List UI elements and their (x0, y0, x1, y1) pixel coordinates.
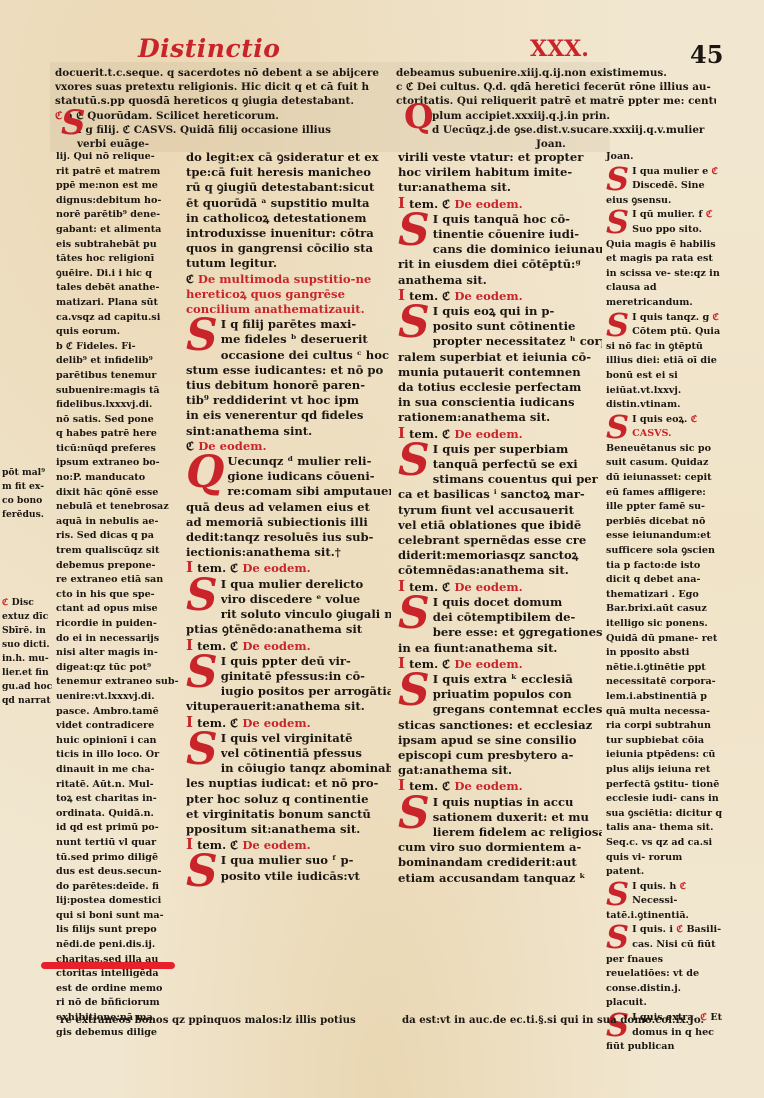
lemma-text: I qua mulier (632, 166, 702, 177)
text-line: posito sunt cōtinentie (433, 319, 602, 334)
text-line: do parētes:deīde. fi (56, 880, 182, 895)
item-label: I (398, 424, 405, 442)
text-line: I quis eoꝝ qui in p- (433, 304, 602, 319)
item-rubric: I tem. ℭ De eodem. (398, 579, 602, 595)
text-line: ipsum extraneo bo- (56, 456, 182, 471)
text-line: ctoritas intelligēda (56, 967, 182, 982)
text-line: sticas sanctiones: et ecclesiaz (398, 718, 602, 733)
text-line: gregans contemnat ecclesia- (433, 702, 602, 717)
text-line: in ea fiunt:anathema sit. (398, 641, 602, 656)
gloss-lemma: SI qū mulier. f ℭ Suo ppo sito. Quia mag… (606, 208, 723, 310)
initial-S-icon: S (61, 116, 86, 130)
text-line: est de ordine memo (56, 982, 182, 997)
text-line: nō satis. Sed pone (56, 413, 182, 428)
initial-S-icon: S (186, 577, 218, 615)
text-line: tū.sed primo diligē (56, 851, 182, 866)
text-line: digeat:qz tūc pot⁹ (56, 661, 182, 676)
pilcrow-icon: ℭ (230, 716, 242, 730)
text-line: lij. Qui nō relique- (56, 150, 182, 165)
canon: SI quis ppter deū vir-ginitatē pfessus:i… (186, 654, 391, 715)
note-mark: f (698, 209, 705, 220)
gloss-line: vxores suas pretextu religionis. Hic dic… (55, 80, 395, 94)
gloss-lemma: SI quis tanqz. g ℭ Cōtem ptū. Quia si nō… (606, 311, 723, 413)
initial-S-icon: S (398, 212, 430, 250)
item-label: I (398, 776, 405, 794)
pilcrow-icon: ℭ (676, 924, 686, 935)
running-title-right: XXX. (530, 36, 589, 62)
rubric-text: De eodem. (454, 657, 522, 671)
text-line: ēt quorūdā ᵃ supstitio multa (186, 196, 391, 211)
canon: QUecunqz ᵈ mulier reli-gione iudicans cō… (186, 454, 391, 560)
text-line: ticis in illo loco. Or (56, 748, 182, 763)
initial-S-icon: S (186, 731, 218, 769)
pilcrow-icon: ℭ (442, 657, 454, 671)
text-line: iugio positos per arrogātiaz (221, 684, 391, 699)
gloss-text: Joan. (606, 150, 723, 165)
item-rubric: I tem. ℭ De eodem. (398, 656, 602, 672)
top-gloss-right: debeamus subuenire.xiij.q.ij.non existim… (396, 66, 716, 151)
initial-S-icon: S (398, 442, 430, 480)
note-mark: g (702, 312, 712, 323)
text-line: etiam accusandam tanquaz ᵏ (398, 871, 602, 886)
text-line: id qd est primū po- (56, 821, 182, 836)
text-line: in cōiugio tanqz abominabi- (221, 761, 391, 776)
text-line: do ei in necessarijs (56, 632, 182, 647)
pilcrow-icon: ℭ (680, 881, 686, 892)
red-annotation-line (41, 962, 175, 969)
text-line: videt contradicere (56, 719, 182, 734)
initial-S-icon: S (398, 304, 430, 342)
text-line: matizari. Plana sūt (56, 296, 182, 311)
text-line: uenire:vt.lxxxvj.di. (56, 690, 182, 705)
text-line: lij:postea domestici (56, 894, 182, 909)
pilcrow-icon: ℭ (442, 197, 454, 211)
text-line: pasce. Ambro.tamē (56, 705, 182, 720)
pilcrow-icon: ℭ (442, 580, 454, 594)
margin-text: Disc (12, 597, 34, 608)
text-line: in sua conscientia iudicans (398, 395, 602, 410)
item-label-rest: tem. (405, 779, 442, 793)
text-line: extuz dīc (2, 610, 57, 624)
gloss-line: d Uecūqz.j.de ꝯse.dist.v.sucare.xxxiij.q… (396, 123, 716, 137)
text-line: introduxisse inuenitur: cōtra (186, 226, 391, 241)
text-line: aquā in nebulis ae- (56, 515, 182, 530)
canon: SI qua mulier suo ᶠ p-posito vtile iudic… (186, 853, 391, 891)
text-line: celebrant spernēdas esse cre (398, 533, 602, 548)
item-label-rest: tem. (405, 427, 442, 441)
text-line: eis subtrahebāt pu (56, 238, 182, 253)
text-line: ri nō de bñficiorum (56, 996, 182, 1011)
rubric-text: De eodem. (242, 561, 310, 575)
initial-S-icon: S (606, 208, 629, 236)
text-line: dignus:debitum ho- (56, 194, 182, 209)
text-line: rit in eiusdem diei cōtēptū:ᵍ (398, 257, 602, 272)
text-line: et virginitatis bonum sanctū (186, 807, 391, 822)
canon: SI quis eoꝝ qui in p-posito sunt cōtinen… (398, 304, 602, 426)
text-line: ca et basilicas ⁱ sanctoꝝ mar- (398, 487, 602, 502)
initial-Q-icon: Q (186, 454, 224, 492)
text-line: I quis vel virginitatē (221, 731, 391, 746)
canon: SI quis nuptias in accusationem duxerit:… (398, 795, 602, 886)
text-line: lierem fidelem ac religiosam (433, 825, 602, 840)
text-line: ralem superbiat et ieiunia cō- (398, 350, 602, 365)
text-line: gabant: et alimenta (56, 223, 182, 238)
text-line: iectionis:anathema sit.† (186, 545, 391, 560)
initial-S-icon: S (186, 853, 218, 891)
item-label: I (398, 654, 405, 672)
text-line: sint:anathema sint. (186, 424, 391, 439)
text-line: priuatim populos con (433, 687, 602, 702)
text-line: in.h. mu- (2, 652, 57, 666)
text-line: dei cōtemptibilem de- (433, 610, 602, 625)
text-line: nisi alter magis in- (56, 646, 182, 661)
pilcrow-icon: ℭ (2, 597, 12, 608)
text-line: ca.vsqz ad capitu.si (56, 311, 182, 326)
note-mark: e (702, 166, 711, 177)
text-line: cōtemnēdas:anathema sit. (398, 563, 602, 578)
text-line: do legit:ex cā ꝯsideratur et ex (186, 150, 391, 165)
text-line: rit soluto vinculo ꝯiugali nu- (221, 607, 391, 622)
text-line: tpe:cā fuit heresis manicheo (186, 165, 391, 180)
text-line: tius debitum honorē paren- (186, 378, 391, 393)
text-line: anathema sit. (398, 273, 602, 288)
item-label: I (398, 194, 405, 212)
gloss-line: statutū.s.pp quosdā hereticos q ꝯiugia d… (55, 94, 395, 108)
text-line: ricordie in puiden- (56, 617, 182, 632)
item-label-rest: tem. (193, 838, 230, 852)
note-mark: h (669, 881, 679, 892)
text-line: nēdi.de peni.dis.ij. (56, 938, 182, 953)
text-line: b ℭ Fideles. Fi- (56, 340, 182, 355)
folio-number: 45 (690, 40, 723, 69)
item-label: I (186, 636, 193, 654)
top-gloss-left: docuerit.t.c.seque. q sacerdotes nō debe… (55, 66, 395, 151)
text-line: Uecunqz ᵈ mulier reli- (227, 454, 391, 469)
gloss-right-column: Joan.SI qua mulier e ℭ Discedē. Sine eiu… (606, 150, 723, 1055)
text-line: vel cōtinentiā pfessus (221, 746, 391, 761)
item-rubric: I tem. ℭ De eodem. (186, 837, 391, 853)
pilcrow-icon: ℭ (691, 414, 697, 425)
text-line: norē parētib⁹ dene- (56, 208, 182, 223)
item-rubric: I tem. ℭ De eodem. (398, 196, 602, 212)
rubric-text: De eodem. (454, 580, 522, 594)
initial-S-icon: S (606, 880, 629, 908)
text-line: rationem:anathema sit. (398, 410, 602, 425)
text-line: cans die dominico ieiunaue- (433, 242, 602, 257)
item-rubric: I tem. ℭ De eodem. (398, 288, 602, 304)
text-line: bere esse: et ꝯgregationes que (433, 625, 602, 640)
text-line: trem qualiscūqz sit (56, 544, 182, 559)
rubric-text: De eodem. (454, 779, 522, 793)
item-rubric: I tem. ℭ De eodem. (186, 715, 391, 731)
item-label-rest: tem. (405, 197, 442, 211)
item-rubric: I tem. ℭ De eodem. (398, 426, 602, 442)
rubric: ℭ De multimoda supstitio-ne hereticoꝝ qu… (186, 272, 391, 318)
text-line: tib⁹ reddiderint vt hoc ipm (186, 393, 391, 408)
margin-note: pōt mal⁹m fit ex-co bonoferēdus. (2, 466, 57, 522)
initial-S-icon: S (398, 672, 430, 710)
text-line: nebulā et tenebrosaz (56, 500, 182, 515)
initial-S-icon: S (606, 923, 629, 951)
text-line: tutum legitur. (186, 256, 391, 271)
gloss-line: ℭ a ℭ Quorūdam. Scilicet hereticorum. (55, 109, 395, 123)
text-line: les nuptias iudicat: et nō pro- (186, 776, 391, 791)
item-label: I (186, 558, 193, 576)
text-line: tenemur extraneo sub- (56, 675, 182, 690)
text-line: ppē me:non est me (56, 179, 182, 194)
canon: SI quis extra ᵏ ecclesiāpriuatim populos… (398, 672, 602, 778)
item-label-rest: tem. (405, 657, 442, 671)
text-line: toꝝ est charitas in- (56, 792, 182, 807)
lemma-text: I quis. (632, 881, 669, 892)
text-line: in eis venerentur qd fideles (186, 408, 391, 423)
text-line: I q filij parētes maxi- (221, 317, 391, 332)
lemma-text: I qū mulier. (632, 209, 698, 220)
manuscript-page: Distinctio XXX. 45 docuerit.t.c.seque. q… (0, 0, 764, 1098)
text-line: occasione dei cultus ᶜ hoc iu (221, 348, 391, 363)
text-line: quos in gangrensi cōcilio sta (186, 241, 391, 256)
text-line: m fit ex- (2, 480, 57, 494)
text-line: parētibus tenemur (56, 369, 182, 384)
text-line: ordinata. Quidā.n. (56, 807, 182, 822)
text-line: Sbīrē. in (2, 624, 57, 638)
text-line: rit patrē et matrem (56, 165, 182, 180)
item-label: I (186, 713, 193, 731)
rubric-text: De eodem. (454, 289, 522, 303)
text-line: quis eorum. (56, 325, 182, 340)
rubric-text: De eodem. (454, 197, 522, 211)
item-label: I (398, 577, 405, 595)
text-line: I quis extra ᵏ ecclesiā (433, 672, 602, 687)
text-line: debemus prepone- (56, 559, 182, 574)
bottom-line-right: da est:vt in auc.de ec.ti.§.si qui in su… (402, 1014, 704, 1026)
pilcrow-icon: ℭ (712, 166, 718, 177)
text-line: ꝯuēire. Di.i i hic q (56, 267, 182, 282)
text-line: no:P. manducato (56, 471, 182, 486)
canon: SI quis docet domumdei cōtemptibilem de-… (398, 595, 602, 656)
item-label-rest: tem. (405, 289, 442, 303)
text-line: in catholicoꝝ detestationem (186, 211, 391, 226)
pilcrow-icon: ℭ (442, 427, 454, 441)
text-line: ferēdus. (2, 508, 57, 522)
running-title-left: Distinctio (138, 34, 280, 63)
item-label: I (398, 286, 405, 304)
pilcrow-icon: ℭ (230, 838, 242, 852)
text-line: hoc virilem habitum imite- (398, 165, 602, 180)
gloss-left-column: lij. Qui nō relique-rit patrē et matremp… (56, 150, 182, 1040)
initial-S-icon: S (606, 165, 629, 193)
text-line: gat:anathema sit. (398, 763, 602, 778)
canon: SI quis vel virginitatēvel cōtinentiā pf… (186, 731, 391, 837)
pilcrow-icon: ℭ (186, 272, 198, 286)
text-line: cto in his que spe- (56, 588, 182, 603)
text-line: huic opinionī i can (56, 734, 182, 749)
initial-S-icon: S (398, 795, 430, 833)
text-line: stimans couentus qui per lo (433, 472, 602, 487)
text-line: I qua mulier derelicto (221, 577, 391, 592)
text-line: delib⁹ et infidelib⁹ (56, 354, 182, 369)
initial-S-icon: S (606, 413, 629, 441)
text-line: gione iudicans cōueni- (227, 469, 391, 484)
canon: SI q filij parētes maxi-me fideles ᵇ des… (186, 317, 391, 439)
initial-Q-icon: Q (404, 110, 434, 124)
canon: SI quis per superbiamtanquā perfectū se … (398, 442, 602, 579)
text-line: tyrum fiunt vel accusauerit (398, 503, 602, 518)
text-line: episcopi cum presbytero a- (398, 748, 602, 763)
text-line: pter hoc soluz q continentie (186, 792, 391, 807)
lemma-text: I quis. (632, 924, 669, 935)
pilcrow-icon: ℭ (713, 312, 719, 323)
gloss-lemma: SI quis eoꝝ. ℭ CASVS. (606, 413, 723, 442)
text-line: virili veste vtatur: et propter (398, 150, 602, 165)
pilcrow-icon: ℭ (442, 289, 454, 303)
item-label-rest: tem. (193, 561, 230, 575)
item-label-rest: tem. (193, 716, 230, 730)
text-line: tales debēt anathe- (56, 281, 182, 296)
pilcrow-icon: ℭ (706, 209, 713, 220)
text-line: viro discedere ᵉ volue (221, 592, 391, 607)
text-line: q habes patrē here (56, 427, 182, 442)
initial-S-icon: S (186, 317, 218, 355)
text-line: qd narrat (2, 694, 57, 708)
text-line: vel etiā oblationes que ibidē (398, 518, 602, 533)
gloss-line: c ℭ Dei cultus. Q.d. qdā heretici fecerū… (396, 80, 716, 94)
text-line: ticū:nūqd preferes (56, 442, 182, 457)
initial-S-icon: S (606, 311, 629, 339)
lemma-text: I quis eoꝝ. (632, 414, 691, 425)
text-line: ptias ꝯtēnēdo:anathema sit (186, 622, 391, 637)
text-line: re extraneo etiā san (56, 573, 182, 588)
gloss-line: debeamus subuenire.xiij.q.ij.non existim… (396, 66, 716, 80)
text-line: tur:anathema sit. (398, 180, 602, 195)
gloss-line: ctoritatis. Qui reliquerit patrē et matr… (396, 94, 716, 108)
canon: SI quis tanquā hoc cō-tinentie cōuenire … (398, 212, 602, 288)
rubric: ℭ De eodem. (186, 439, 391, 454)
text-line: co bono (2, 494, 57, 508)
text-line: re:comam sibi amputauerit: (227, 484, 391, 499)
gloss-text: CASVS. (632, 428, 671, 439)
item-label: I (186, 835, 193, 853)
text-line: vituperauerit:anathema sit. (186, 699, 391, 714)
item-rubric: I tem. ℭ De eodem. (398, 778, 602, 794)
text-line: ris. Sed dicas q pa (56, 529, 182, 544)
item-rubric: I tem. ℭ De eodem. (186, 560, 391, 576)
text-line: ginitatē pfessus:in cō- (221, 669, 391, 684)
item-rubric: I tem. ℭ De eodem. (186, 638, 391, 654)
text-line: ad memoriā subiectionis illi (186, 515, 391, 530)
text-line: dedit:tanqz resoluēs ius sub- (186, 530, 391, 545)
margin-note: ℭ Discextuz dīcSbīrē. insuo dicti.in.h. … (2, 596, 57, 708)
initial-S-icon: S (186, 654, 218, 692)
text-line: cum viro suo dormientem a- (398, 840, 602, 855)
text-line: I quis ppter deū vir- (221, 654, 391, 669)
canon: SI qua mulier derelictoviro discedere ᵉ … (186, 577, 391, 638)
text-line: ℭ Disc (2, 596, 57, 610)
text-line: ipsam apud se sine consilio (398, 733, 602, 748)
gloss-lemma: SI quis. i ℭ Basili- cas. Nisi cū fiūt p… (606, 923, 723, 1011)
text-line: propter necessitatez ʰ corpo- (433, 334, 602, 349)
text-line: qui si boni sunt ma- (56, 909, 182, 924)
rubric-text: De eodem. (242, 639, 310, 653)
text-line: lis filijs sunt prepo (56, 923, 182, 938)
text-line: I quis per superbiam (433, 442, 602, 457)
gloss-line: docuerit.t.c.seque. q sacerdotes nō debe… (55, 66, 395, 80)
text-line: I quis tanquā hoc cō- (433, 212, 602, 227)
text-line: quā deus ad velamen eius et (186, 500, 391, 515)
text-line: ritatē. Aūt.n. Mul- (56, 778, 182, 793)
bottom-line-left: re extraneos bonos qz ppinquos malos:lz … (60, 1014, 356, 1026)
text-line: nunt tertiū vl quar (56, 836, 182, 851)
text-line: dus est deus.secun- (56, 865, 182, 880)
text-line: tanquā perfectū se exi (433, 457, 602, 472)
text-line: ppositum sit:anathema sit. (186, 822, 391, 837)
text-line: dixit hāc qōnē esse (56, 486, 182, 501)
text-line: ctant ad opus mise (56, 602, 182, 617)
text-line: rū q ꝯiugiū detestabant:sicut (186, 180, 391, 195)
text-line: gis debemus dilige (56, 1026, 182, 1041)
text-line: munia putauerit contemnen (398, 365, 602, 380)
text-line: diderit:memoriasqz sanctoꝝ (398, 548, 602, 563)
text-line: stum esse iudicantes: et nō po (186, 363, 391, 378)
pilcrow-icon: ℭ (186, 439, 198, 453)
text-line: subuenire:magis tā (56, 384, 182, 399)
text-line: gu.ad hoc (2, 680, 57, 694)
gloss-lemma: SI quis. h ℭ Necessi- tatē.i.ꝯtinentiā. (606, 880, 723, 924)
gloss-text: Beneuētanus sic po suit casum. Quidaz dū… (606, 442, 723, 880)
pilcrow-icon: ℭ (230, 561, 242, 575)
text-left-column: do legit:ex cā ꝯsideratur et extpe:cā fu… (186, 150, 391, 891)
gloss-line: plum accipiet.xxxiij.q.j.in prin. (396, 109, 716, 123)
text-line: I quis docet domum (433, 595, 602, 610)
text-line: bominandam crediderit:aut (398, 855, 602, 870)
text-line: sationem duxerit: et mu (433, 810, 602, 825)
text-line: I qua mulier suo ᶠ p- (221, 853, 391, 868)
pilcrow-icon: ℭ (230, 639, 242, 653)
text-line: tātes hoc religionī (56, 252, 182, 267)
text-line: I quis nuptias in accu (433, 795, 602, 810)
text-line: lier.et fin (2, 666, 57, 680)
rubric-text: De eodem. (242, 838, 310, 852)
text-line: suo dicti. (2, 638, 57, 652)
rubric-text: De eodem. (454, 427, 522, 441)
item-label-rest: tem. (193, 639, 230, 653)
text-line: pōt mal⁹ (2, 466, 57, 480)
pilcrow-icon: ℭ (442, 779, 454, 793)
text-line: dinauit in me cha- (56, 763, 182, 778)
text-line: me fideles ᵇ deseruerit (221, 332, 391, 347)
initial-S-icon: S (398, 595, 430, 633)
text-line: tinentie cōuenire iudi- (433, 227, 602, 242)
text-right-column: virili veste vtatur: et propterhoc viril… (398, 150, 602, 886)
text-line: fidelibus.lxxxvj.di. (56, 398, 182, 413)
lemma-text: I quis tanqz. (632, 312, 702, 323)
gloss-line: I g filij. ℭ CASVS. Quidā filij occasion… (55, 123, 395, 137)
text-line: posito vtile iudicās:vt (221, 869, 391, 884)
rubric-text: De eodem. (242, 716, 310, 730)
gloss-lemma: SI qua mulier e ℭ Discedē. Sine eius ꝯse… (606, 165, 723, 209)
text-line: da totius ecclesie perfectam (398, 380, 602, 395)
item-label-rest: tem. (405, 580, 442, 594)
